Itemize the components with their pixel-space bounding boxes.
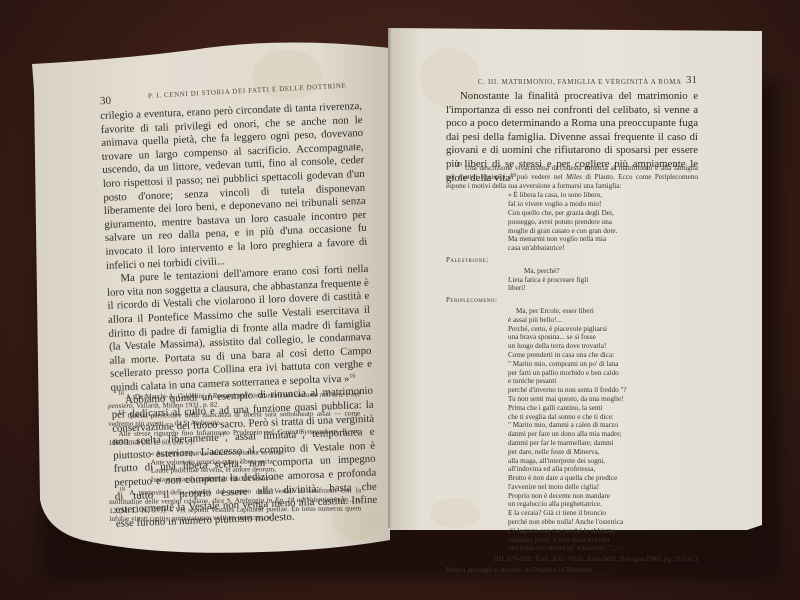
running-head-right: C. III. MATRIMONIO, FAMIGLIA E VERGINITÀ… [478, 78, 682, 86]
page-number-right: 31 [686, 74, 697, 86]
speaker-palestrione: Palestrione: [446, 256, 698, 265]
footnote-16: 16 A. De Marchi-A. Calderini, I Romani n… [108, 390, 360, 410]
book-gutter [388, 28, 391, 528]
footnote-18: 18 A proposito della esiguità del numero… [109, 486, 361, 524]
footnote-17: 17 Questa particolare della mancanza di … [108, 409, 360, 429]
footnote-19: 19 Una descrizione vivacissima di codest… [446, 164, 698, 190]
speaker-periplecomeno: Periplecomeno: [446, 296, 698, 305]
page-number-left: 30 [100, 95, 111, 107]
right-footnote: 19 Una descrizione vivacissima di codest… [446, 164, 698, 576]
citation: (III, 678-698. Trad. di G. Vitali, Zanic… [494, 555, 698, 564]
plautus-verse-3: Ma, per Ercole, esser liberi è assai più… [508, 307, 698, 553]
plautus-verse-1: « È libera la casa, io sono libero, fal … [508, 191, 698, 253]
closing-note: Motivi analoghi si trovano in Orazio e i… [446, 566, 698, 575]
plautus-verse-2: Ma, perché? [516, 267, 698, 276]
paragraph: Ma pure le tentazioni dell'amore erano c… [106, 263, 373, 395]
left-footnotes: 16 A. De Marchi-A. Calderini, I Romani n… [108, 390, 361, 525]
footnote-verse: « Ac primum parvae teneris capiuntur in … [151, 447, 361, 484]
plautus-verse-2b: Lieta fatica è procreare figli liberi! [508, 276, 698, 294]
footnote-17-cont: Alle stesse riguardo fino Infiammato Pru… [108, 428, 360, 448]
paragraph: crilegio a eventura, erano però circonda… [100, 100, 368, 273]
